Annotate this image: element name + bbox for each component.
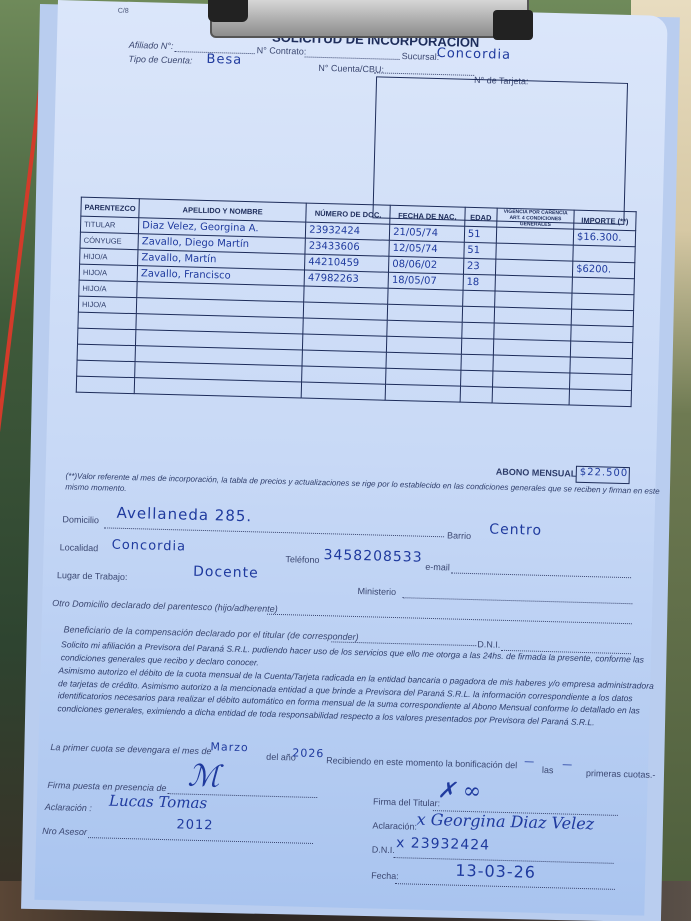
contrato-label: N° Contrato: — [257, 45, 307, 56]
cuota-las-value[interactable]: — — [562, 759, 573, 770]
afiliado-label: Afiliado N°: — [129, 40, 174, 51]
cell-fecha[interactable] — [386, 352, 461, 370]
cell-parentezco: TITULAR — [80, 216, 139, 234]
header-vigencia: VIGENCIA POR CARENCIA ART. 4 CONDICIONES… — [497, 208, 574, 229]
asesor-label: Nro Asesor — [42, 826, 87, 837]
cell-edad[interactable] — [461, 354, 494, 371]
firma-titular-label: Firma del Titular: — [373, 797, 440, 809]
telefono-label: Teléfono — [285, 554, 319, 565]
cell-parentezco — [77, 360, 136, 378]
otro-domicilio-field[interactable] — [267, 614, 632, 625]
aclaracion-right-value[interactable]: x Georgina Diaz Velez — [416, 810, 594, 834]
cuota-prefix: La primer cuota se devengara el mes de — [50, 742, 211, 756]
sucursal-value[interactable]: Concordia — [437, 46, 512, 63]
cell-parentezco: HIJO/A — [79, 280, 138, 298]
fecha-label: Fecha: — [371, 871, 399, 882]
cell-fecha[interactable] — [386, 368, 461, 386]
cell-edad[interactable]: 51 — [464, 242, 497, 259]
email-field[interactable] — [451, 572, 631, 578]
email-label: e-mail — [425, 562, 450, 573]
abono-mensual-value: $22.500 — [580, 467, 629, 479]
cell-edad[interactable]: 18 — [463, 274, 496, 291]
cell-importe[interactable] — [570, 341, 632, 359]
header-parentezco: PARENTEZCO — [81, 197, 140, 218]
clip-pad-left — [208, 0, 248, 22]
aclaracion-left-label: Aclaración : — [45, 802, 92, 813]
witness-signature-scribble: ℳ — [187, 759, 220, 795]
presencia-label: Firma puesta en presencia de — [47, 780, 166, 793]
cell-importe[interactable] — [573, 245, 635, 263]
cell-importe[interactable] — [570, 357, 632, 375]
cell-fecha[interactable] — [387, 320, 462, 338]
abono-mensual-label: ABONO MENSUAL — [496, 467, 577, 479]
cell-fecha[interactable] — [385, 384, 460, 402]
cell-nombre[interactable] — [134, 378, 301, 398]
photo-box — [372, 76, 628, 225]
cell-edad[interactable] — [462, 322, 495, 339]
ministerio-label: Ministerio — [358, 586, 397, 597]
cell-edad[interactable] — [462, 306, 495, 323]
cuota-anio-value[interactable]: 2026 — [292, 746, 324, 760]
cell-fecha[interactable]: 21/05/74 — [389, 224, 464, 242]
titular-dni-value[interactable]: x 23932424 — [396, 835, 490, 853]
cell-importe[interactable] — [572, 293, 634, 311]
cell-fecha[interactable] — [387, 304, 462, 322]
cell-importe[interactable] — [569, 389, 631, 407]
tipo-cuenta-label: Tipo de Cuenta: — [128, 54, 192, 66]
domicilio-label: Domicilio — [62, 514, 99, 525]
page-ref: C/8 — [118, 8, 129, 15]
barrio-label: Barrio — [447, 530, 471, 541]
trabajo-value[interactable]: Docente — [193, 564, 259, 582]
localidad-label: Localidad — [60, 542, 99, 553]
cuenta-cbu-field[interactable] — [374, 72, 474, 76]
cell-parentezco — [76, 376, 135, 394]
header-edad: EDAD — [464, 207, 497, 227]
aclaracion-right-label: Aclaración: — [372, 821, 417, 832]
cell-parentezco — [77, 328, 136, 346]
cell-parentezco: HIJO/A — [80, 248, 139, 266]
cell-fecha[interactable]: 08/06/02 — [389, 256, 464, 274]
telefono-value[interactable]: 3458208533 — [323, 547, 422, 566]
domicilio-value[interactable]: Avellaneda 285. — [116, 504, 252, 526]
cell-vigencia[interactable] — [496, 227, 573, 245]
cell-fecha[interactable]: 18/05/07 — [388, 272, 463, 290]
application-form: C/8 SOLICITUD DE INCORPORACIÓN Afiliado … — [34, 0, 667, 916]
trabajo-label: Lugar de Trabajo: — [57, 570, 128, 582]
cell-doc[interactable] — [301, 382, 385, 400]
header-importe: IMPORTE (**) — [574, 210, 636, 231]
header-fecha: FECHA DE NAC. — [390, 205, 465, 226]
otro-domicilio-label: Otro Domicilio declarado del parentesco … — [52, 598, 278, 614]
cell-importe[interactable] — [569, 373, 631, 391]
cell-vigencia[interactable] — [492, 387, 569, 405]
cell-parentezco: HIJO/A — [78, 296, 137, 314]
contrato-field[interactable] — [305, 56, 400, 59]
cell-importe[interactable]: $16.300. — [573, 229, 635, 247]
family-members-table: PARENTEZCO APELLIDO Y NOMBRE NÚMERO DE D… — [76, 197, 637, 407]
cell-importe[interactable] — [572, 277, 634, 295]
cell-importe[interactable] — [571, 325, 633, 343]
cell-edad[interactable] — [460, 370, 493, 387]
barrio-value[interactable]: Centro — [489, 521, 542, 538]
titular-signature-scribble[interactable]: ✗ ∞ — [437, 778, 481, 804]
cuota-mes-value[interactable]: Marzo — [210, 740, 249, 754]
cell-parentezco — [77, 344, 136, 362]
cell-vigencia[interactable] — [494, 307, 571, 325]
cell-vigencia[interactable] — [493, 355, 570, 373]
titular-dni-label: D.N.I. — [372, 845, 395, 856]
asesor-line — [88, 837, 313, 844]
cell-edad[interactable] — [461, 338, 494, 355]
cell-fecha[interactable] — [387, 336, 462, 354]
cell-importe[interactable]: $6200. — [572, 261, 634, 279]
cell-edad[interactable] — [462, 290, 495, 307]
asesor-value[interactable]: 2012 — [176, 817, 213, 833]
fecha-value[interactable]: 13-03-26 — [455, 861, 536, 882]
sucursal-label: Sucursal: — [402, 51, 440, 62]
cell-fecha[interactable]: 12/05/74 — [389, 240, 464, 258]
cuota-bonif-text: Recibiendo en este momento la bonificaci… — [326, 755, 517, 770]
clipboard-clip — [210, 0, 529, 38]
localidad-value[interactable]: Concordia — [112, 538, 187, 555]
cuota-las-label: las — [542, 765, 554, 775]
cuota-bonif-value[interactable]: — — [524, 756, 535, 767]
cell-edad[interactable]: 23 — [463, 258, 496, 275]
cell-edad[interactable]: 51 — [464, 226, 497, 243]
cell-importe[interactable] — [571, 309, 633, 327]
header-doc: NÚMERO DE DOC. — [306, 203, 390, 224]
cell-edad[interactable] — [460, 386, 493, 403]
cell-parentezco: HIJO/A — [79, 264, 138, 282]
cell-parentezco — [78, 312, 137, 330]
cell-parentezco: CÓNYUGE — [80, 232, 139, 250]
clip-pad-right — [493, 10, 533, 40]
domicilio-line — [104, 527, 444, 537]
beneficiario-dni-label: D.N.I. — [477, 639, 500, 650]
aclaracion-left-value[interactable]: Lucas Tomas — [109, 792, 208, 813]
fecha-line — [395, 883, 615, 890]
ministerio-field[interactable] — [402, 597, 632, 604]
cell-fecha[interactable] — [388, 288, 463, 306]
abono-mensual-field[interactable]: $22.500 — [576, 466, 630, 484]
cuota-suffix: primeras cuotas.- — [586, 768, 656, 780]
tipo-cuenta-value[interactable]: Besa — [206, 52, 242, 68]
